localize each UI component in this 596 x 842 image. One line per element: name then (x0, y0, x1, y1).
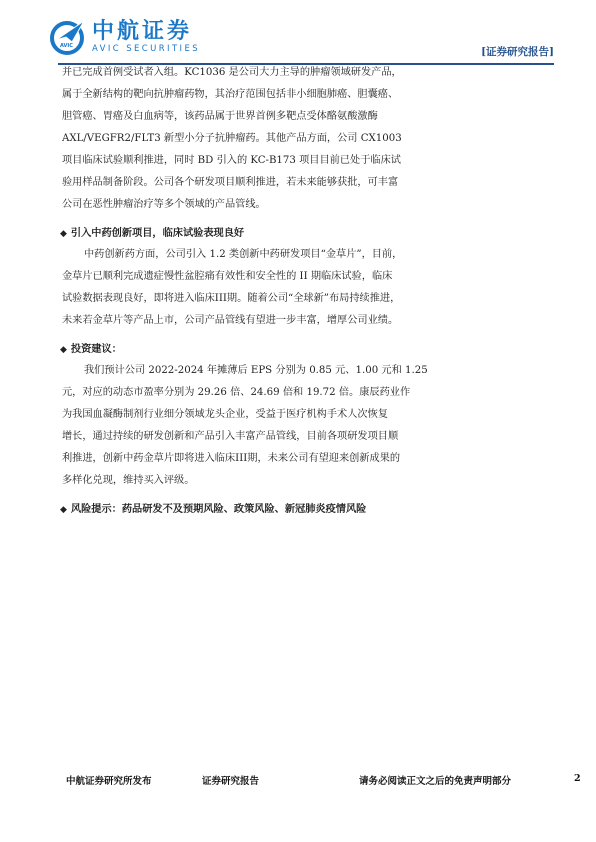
section-heading-investment-advice: ◆投资建议： (60, 338, 540, 360)
report-type-tag: [证券研究报告] (481, 44, 554, 59)
page-header: AVIC 中航证券 AVIC SECURITIES [证券研究报告] (44, 14, 554, 64)
text-line: 试验数据表现良好，即将进入临床III期。随着公司“全球新”布局持续推进， (62, 288, 540, 310)
section-heading-tcm-innovation: ◆引入中药创新项目，临床试验表现良好 (60, 222, 540, 244)
diamond-bullet-icon: ◆ (60, 229, 67, 239)
text-line: 属于全新结构的靶向抗肿瘤药物，其治疗范围包括非小细胞肺癌、胆囊癌、 (62, 84, 540, 106)
footer-doc-type: 证券研究报告 (202, 773, 259, 787)
text-line: 中药创新药方面，公司引入 1.2 类创新中药研发项目“金草片”，目前， (62, 244, 540, 266)
text-line: 验用样品制备阶段。公司各个研发项目顺利推进，若未来能够获批，可丰富 (62, 172, 540, 194)
section-heading-risk-warning: ◆风险提示：药品研发不及预期风险、政策风险、新冠肺炎疫情风险 (60, 498, 540, 520)
text-line: 项目临床试验顺利推进，同时 BD 引入的 KC-B173 项目目前已处于临床试 (62, 150, 540, 172)
logo-chinese-name: 中航证券 (92, 20, 200, 44)
text-line: 为我国血凝酶制剂行业细分领域龙头企业，受益于医疗机构手术人次恢复 (62, 404, 540, 426)
diamond-bullet-icon: ◆ (60, 505, 67, 515)
footer-publisher: 中航证券研究所发布 (66, 773, 152, 787)
text-line: 并已完成首例受试者入组。KC1036 是公司大力主导的肿瘤领域研发产品， (62, 62, 540, 84)
text-line: 金草片已顺利完成遗症慢性盆腔痛有效性和安全性的 II 期临床试验，临床 (62, 266, 540, 288)
report-body: 并已完成首例受试者入组。KC1036 是公司大力主导的肿瘤领域研发产品， 属于全… (62, 62, 540, 520)
logo-english-name: AVIC SECURITIES (92, 44, 200, 54)
diamond-bullet-icon: ◆ (60, 345, 67, 355)
paragraph-tcm: 中药创新药方面，公司引入 1.2 类创新中药研发项目“金草片”，目前， 金草片已… (62, 244, 540, 332)
svg-text:AVIC: AVIC (60, 43, 73, 49)
paragraph-investment: 我们预计公司 2022-2024 年摊薄后 EPS 分别为 0.85 元、1.0… (62, 360, 540, 492)
text-line: 元，对应的动态市盈率分别为 29.26 倍、24.69 倍和 19.72 倍。康… (62, 382, 540, 404)
text-line: 未来若金草片等产品上市，公司产品管线有望进一步丰富，增厚公司业绩。 (62, 310, 540, 332)
text-line: 增长，通过持续的研发创新和产品引入丰富产品管线，目前各项研发项目顺 (62, 426, 540, 448)
avic-logo: AVIC 中航证券 AVIC SECURITIES (48, 18, 200, 56)
text-line: 多样化兑现，维持买入评级。 (62, 470, 540, 492)
text-line: AXL/VEGFR2/FLT3 新型小分子抗肿瘤药。其他产品方面，公司 CX10… (62, 128, 540, 150)
text-line: 胆管癌、胃癌及白血病等，该药品属于世界首例多靶点受体酪氨酸激酶 (62, 106, 540, 128)
page-number: 2 (574, 773, 581, 784)
text-line: 我们预计公司 2022-2024 年摊薄后 EPS 分别为 0.85 元、1.0… (62, 360, 540, 382)
footer-disclaimer: 请务必阅读正文之后的免责声明部分 (359, 773, 511, 787)
avic-logo-icon: AVIC (48, 18, 86, 56)
text-line: 利推进，创新中药金草片即将进入临床III期，未来公司有望迎来创新成果的 (62, 448, 540, 470)
paragraph-kc1036: 并已完成首例受试者入组。KC1036 是公司大力主导的肿瘤领域研发产品， 属于全… (62, 62, 540, 216)
text-line: 公司在恶性肿瘤治疗等多个领域的产品管线。 (62, 194, 540, 216)
